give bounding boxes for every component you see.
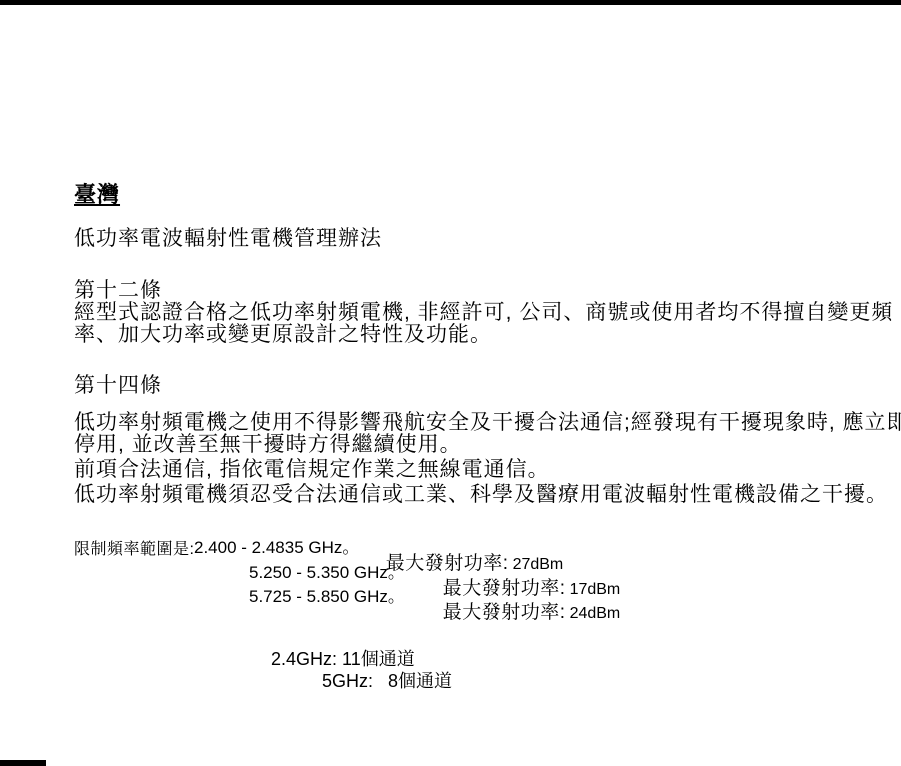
document-page: 臺灣 低功率電波輻射性電機管理辦法 第十二條 經型式認證合格之低功率射頻電機, … (0, 0, 901, 766)
frequency-range: 5.725 - 5.850 GHz。 (249, 588, 405, 607)
channel-row: 5GHz:8個通道 (302, 652, 452, 711)
article14-body-line: 前項合法通信, 指依電信規定作業之無線電通信。 (74, 458, 550, 481)
law-title: 低功率電波輻射性電機管理辦法 (74, 227, 382, 250)
article14-body-line: 低功率射頻電機須忍受合法通信或工業、科學及醫療用電波輻射性電機設備之干擾。 (74, 483, 888, 506)
article12-heading: 第十二條 (74, 279, 162, 302)
article14-body-line: 停用, 並改善至無干擾時方得繼續使用。 (74, 433, 462, 456)
article14-heading: 第十四條 (74, 374, 162, 397)
article14-body-line: 低功率射頻電機之使用不得影響飛航安全及干擾合法通信;經發現有干擾現象時, 應立即 (74, 411, 901, 434)
channel-band: 5GHz: (322, 671, 373, 691)
channel-count: 8個通道 (388, 671, 452, 691)
article12-body-line: 率、加大功率或變更原設計之特性及功能。 (74, 323, 492, 346)
frequency-range: 5.250 - 5.350 GHz。 (249, 564, 405, 583)
page-top-edge-bar (0, 0, 901, 5)
article12-body-line: 經型式認證合格之低功率射頻電機, 非經許可, 公司、商號或使用者均不得擅自變更頻 (74, 301, 893, 324)
max-power-label: 最大發射功率: (443, 602, 566, 623)
frequency-restriction-label: 限制頻率範圍是: (74, 541, 194, 559)
max-power: 最大發射功率:24dBm (425, 585, 620, 641)
page-title: 臺灣 (74, 183, 120, 207)
frequency-range: 2.400 - 2.4835 GHz。 (194, 539, 359, 558)
page-bottom-crop-mark (0, 760, 46, 766)
max-power-value: 24dBm (570, 605, 621, 622)
